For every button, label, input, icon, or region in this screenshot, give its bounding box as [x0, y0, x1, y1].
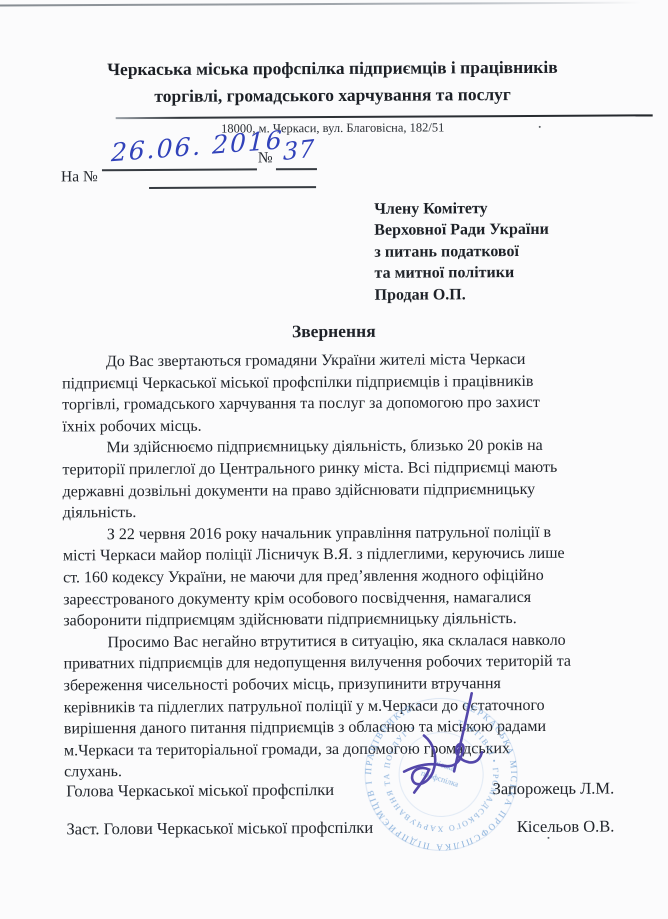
body-paragraph: Ми здійснюємо підприємницьку діяльність,…	[62, 435, 624, 524]
org-name-line2: торгівлі, громадського харчування та пос…	[0, 80, 667, 110]
body-paragraph: До Вас звертаються громадяни України жит…	[62, 348, 624, 437]
recipient-line: та митної політики	[374, 262, 549, 284]
recipient-line: з питань податкової	[374, 241, 549, 263]
recipient-block: Члену Комітету Верховної Ради України з …	[374, 198, 549, 306]
number-label: №	[258, 149, 273, 167]
letterhead-rule	[116, 114, 653, 119]
incoming-number-underline	[149, 186, 316, 188]
letter-body: До Вас звертаються громадяни України жит…	[62, 348, 626, 783]
letterhead-address: 18000, м. Черкаси, вул. Благовісна, 182/…	[0, 119, 667, 137]
signature-row: Заст. Голови Черкаської міської профспіл…	[2, 816, 668, 819]
letterhead-org-name: Черкаська міська профспілка підприємців …	[0, 53, 667, 110]
number-underline	[276, 168, 317, 170]
signer-name: Кісельов О.В.	[517, 817, 615, 838]
handwritten-number: 37	[283, 134, 315, 166]
scan-speck	[547, 837, 549, 839]
body-paragraph: З 22 червня 2016 року начальник управлін…	[63, 521, 626, 632]
signer-position: Голова Черкаської міської профспілки	[66, 780, 334, 801]
scanned-letter-page: Черкаська міська профспілка підприємців …	[0, 0, 668, 919]
signer-name: Запорожець Л.М.	[493, 779, 615, 800]
recipient-line: Члену Комітету	[374, 198, 549, 220]
incoming-number-label: На №	[61, 168, 98, 186]
date-underline	[102, 168, 257, 170]
org-name-line1: Черкаська міська профспілка підприємців …	[0, 53, 667, 83]
recipient-line: Продан О.П.	[375, 283, 550, 305]
document-title: Звернення	[0, 319, 668, 343]
body-paragraph: Просимо Вас негайно втрутитися в ситуаці…	[63, 629, 626, 783]
signer-position: Заст. Голови Черкаської міської профспіл…	[66, 818, 373, 840]
scan-speck	[539, 126, 541, 128]
recipient-line: Верховної Ради України	[374, 219, 549, 241]
